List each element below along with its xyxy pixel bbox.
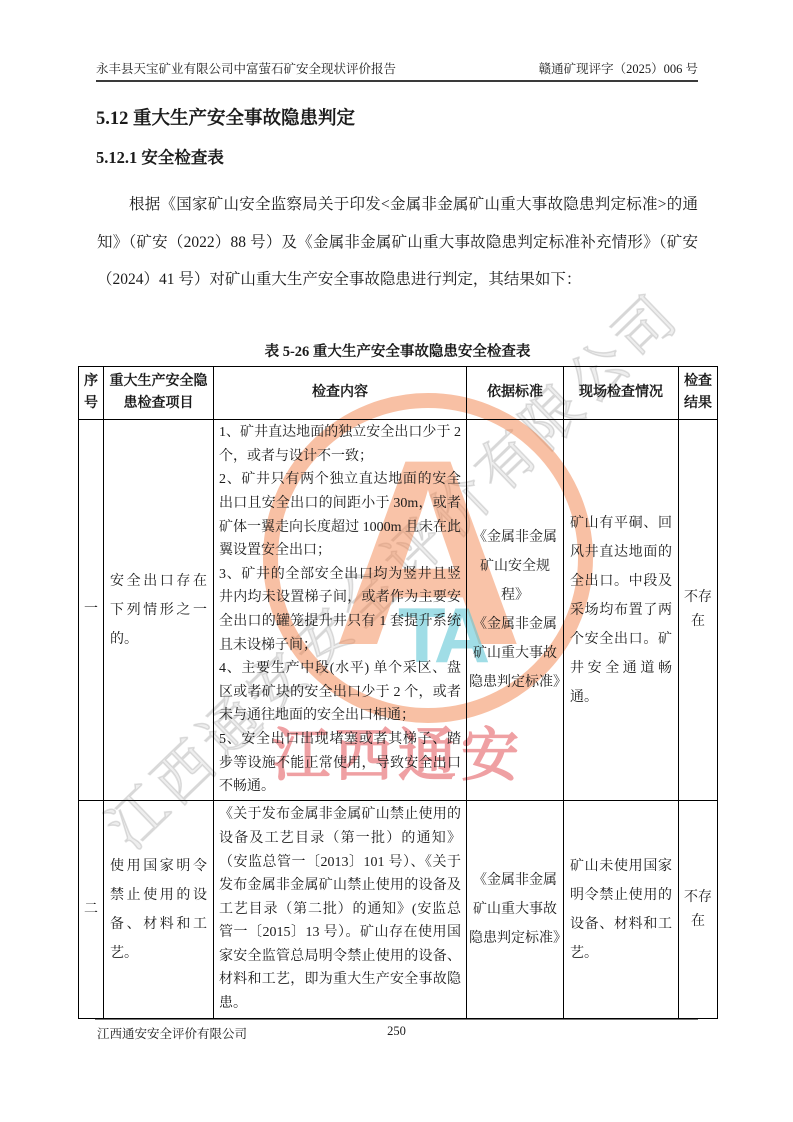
cell-standard: 《金属非金属矿山安全规程》 《金属非金属矿山重大事故隐患判定标准》 xyxy=(467,420,564,801)
cell-site: 矿山未使用国家明令禁止使用的设备、材料和工艺。 xyxy=(564,801,679,1019)
cell-seq: 二 xyxy=(79,801,104,1019)
checklist-table-wrap: 表 5-26 重大生产安全事故隐患安全检查表 序号 重大生产安全隐患检查项目 检… xyxy=(78,340,717,1019)
cell-item: 使用国家明令禁止使用的设备、材料和工艺。 xyxy=(104,801,214,1019)
body-paragraph: 根据《国家矿山安全监察局关于印发<金属非金属矿山重大事故隐患判定标准>的通知》（… xyxy=(97,186,698,299)
table-caption: 表 5-26 重大生产安全事故隐患安全检查表 xyxy=(78,340,717,361)
table-row: 二 使用国家明令禁止使用的设备、材料和工艺。 《关于发布金属非金属矿山禁止使用的… xyxy=(79,801,718,1019)
page-header: 永丰县天宝矿业有限公司中富萤石矿安全现状评价报告 赣通矿现评字（2025）006… xyxy=(96,50,698,82)
section-heading: 5.12 重大生产安全事故隐患判定 xyxy=(96,104,355,130)
cell-result: 不存在 xyxy=(679,801,718,1019)
cell-seq: 一 xyxy=(79,420,104,801)
column-header-item: 重大生产安全隐患检查项目 xyxy=(104,367,214,420)
cell-result: 不存在 xyxy=(679,420,718,801)
subsection-heading: 5.12.1 安全检查表 xyxy=(96,144,224,168)
column-header-content: 检查内容 xyxy=(214,367,467,420)
cell-site: 矿山有平硐、回风井直达地面的全出口。中段及采场均布置了两个安全出口。矿井安全通道… xyxy=(564,420,679,801)
table-header-row: 序号 重大生产安全隐患检查项目 检查内容 依据标准 现场检查情况 检查结果 xyxy=(79,367,718,420)
header-doc-number: 赣通矿现评字（2025）006 号 xyxy=(539,59,698,77)
document-page: 江西通安安全评价有限公司 A TA 江西通安 永丰县天宝矿业有限公司中富萤石矿安… xyxy=(0,0,793,1122)
column-header-site: 现场检查情况 xyxy=(564,367,679,420)
hazard-checklist-table: 序号 重大生产安全隐患检查项目 检查内容 依据标准 现场检查情况 检查结果 一 … xyxy=(78,366,718,1019)
content-layer: 永丰县天宝矿业有限公司中富萤石矿安全现状评价报告 赣通矿现评字（2025）006… xyxy=(0,0,793,1122)
column-header-result: 检查结果 xyxy=(679,367,718,420)
column-header-standard: 依据标准 xyxy=(467,367,564,420)
page-number: 250 xyxy=(0,1024,793,1039)
cell-standard: 《金属非金属矿山重大事故隐患判定标准》 xyxy=(467,801,564,1019)
table-row: 一 安全出口存在下列情形之一的。 1、矿井直达地面的独立安全出口少于 2 个，或… xyxy=(79,420,718,801)
cell-content: 1、矿井直达地面的独立安全出口少于 2 个，或者与设计不一致； 2、矿井只有两个… xyxy=(214,420,467,801)
cell-content: 《关于发布金属非金属矿山禁止使用的设备及工艺目录（第一批）的通知》（安监总管一〔… xyxy=(214,801,467,1019)
footer-divider xyxy=(95,1019,698,1020)
header-report-title: 永丰县天宝矿业有限公司中富萤石矿安全现状评价报告 xyxy=(96,59,396,77)
cell-item: 安全出口存在下列情形之一的。 xyxy=(104,420,214,801)
column-header-seq: 序号 xyxy=(79,367,104,420)
